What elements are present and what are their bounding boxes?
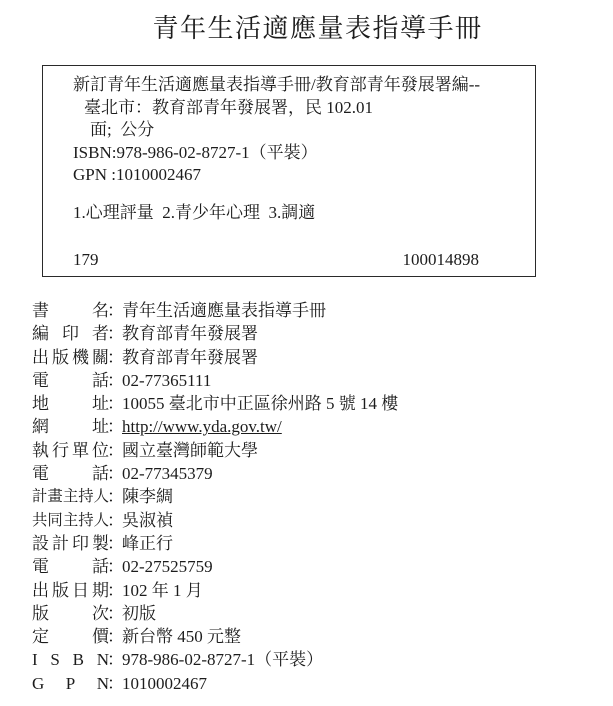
cip-title-statement: 新訂青年生活適應量表指導手冊/教育部青年發展署編-- xyxy=(73,74,535,97)
field-label: 出版日期 xyxy=(32,579,109,602)
cip-gpn: GPN :1010002467 xyxy=(73,164,535,187)
field-value: 教育部青年發展署 xyxy=(122,324,258,343)
detail-row-book-title: 書名：青年生活適應量表指導手冊 xyxy=(32,299,613,322)
detail-row-design-print: 設計印製：峰正行 xyxy=(32,532,613,555)
label-colon: ： xyxy=(109,462,122,485)
field-value: 02-27525759 xyxy=(122,557,213,576)
cip-spacer xyxy=(73,187,535,202)
field-value: 02-77345379 xyxy=(122,464,213,483)
detail-row-address: 地址：10055 臺北市中正區徐州路 5 號 14 樓 xyxy=(32,392,613,415)
field-value: 陳李綢 xyxy=(122,487,173,506)
field-value: 初版 xyxy=(122,604,156,623)
field-label: 定價 xyxy=(32,625,109,648)
field-value: 青年生活適應量表指導手冊 xyxy=(122,301,326,320)
detail-row-publisher: 出版機關：教育部青年發展署 xyxy=(32,346,613,369)
field-value: 02-77365111 xyxy=(122,371,211,390)
field-label: 書名 xyxy=(32,299,109,322)
cip-isbn: ISBN:978-986-02-8727-1（平裝） xyxy=(73,142,535,165)
cip-imprint: 臺北市：教育部青年發展署，民 102.01 xyxy=(84,97,535,120)
field-label: 設計印製 xyxy=(32,532,109,555)
field-label: 出版機關 xyxy=(32,346,109,369)
cip-class-number: 179 xyxy=(73,249,99,272)
field-label: 編印者 xyxy=(32,322,109,345)
detail-row-executing-unit: 執行單位：國立臺灣師範大學 xyxy=(32,439,613,462)
label-colon: ： xyxy=(109,602,122,625)
cip-catalog-box: 新訂青年生活適應量表指導手冊/教育部青年發展署編-- 臺北市：教育部青年發展署，… xyxy=(42,65,536,277)
detail-row-isbn: ISBN：978-986-02-8727-1（平裝） xyxy=(32,648,613,671)
detail-row-project-lead: 計畫主持人：陳李綢 xyxy=(32,485,613,508)
field-value: 教育部青年發展署 xyxy=(122,348,258,367)
label-colon: ： xyxy=(109,532,122,555)
field-label: 電話 xyxy=(32,555,109,578)
detail-row-gpn: GPN：1010002467 xyxy=(32,672,613,695)
detail-row-editor: 編印者：教育部青年發展署 xyxy=(32,322,613,345)
field-value: 峰正行 xyxy=(122,534,173,553)
detail-row-co-lead: 共同主持人：吳淑禎 xyxy=(32,509,613,532)
field-label: 電話 xyxy=(32,369,109,392)
label-colon: ： xyxy=(109,415,122,438)
detail-row-phone-2: 電話：02-77345379 xyxy=(32,462,613,485)
detail-row-price: 定價：新台幣 450 元整 xyxy=(32,625,613,648)
label-colon: ： xyxy=(109,509,122,532)
label-colon: ： xyxy=(109,672,122,695)
cip-spacer xyxy=(73,224,535,249)
publication-details: 書名：青年生活適應量表指導手冊 編印者：教育部青年發展署 出版機關：教育部青年發… xyxy=(32,299,613,695)
detail-row-website: 網址：http://www.yda.gov.tw/ xyxy=(32,415,613,438)
label-colon: ： xyxy=(109,439,122,462)
label-colon: ： xyxy=(109,648,122,671)
label-colon: ： xyxy=(109,346,122,369)
detail-row-phone-1: 電話：02-77365111 xyxy=(32,369,613,392)
label-colon: ： xyxy=(109,322,122,345)
label-colon: ： xyxy=(109,369,122,392)
field-value: 吳淑禎 xyxy=(122,511,173,530)
field-label: 版次 xyxy=(32,602,109,625)
detail-row-edition: 版次：初版 xyxy=(32,602,613,625)
field-label: 執行單位 xyxy=(32,439,109,462)
label-colon: ： xyxy=(109,579,122,602)
website-link[interactable]: http://www.yda.gov.tw/ xyxy=(122,417,282,436)
field-value: 新台幣 450 元整 xyxy=(122,627,241,646)
field-label: GPN xyxy=(32,672,109,695)
field-label: 地址 xyxy=(32,392,109,415)
cip-record-number: 100014898 xyxy=(403,249,480,272)
detail-row-publish-date: 出版日期：102 年 1 月 xyxy=(32,579,613,602)
page-title: 青年生活適應量表指導手冊 xyxy=(11,14,613,44)
field-value: 978-986-02-8727-1（平裝） xyxy=(122,650,323,669)
cip-collation: 面; 公分 xyxy=(90,119,535,142)
cip-footer: 179 100014898 xyxy=(73,249,535,272)
label-colon: ： xyxy=(109,625,122,648)
field-value: 10055 臺北市中正區徐州路 5 號 14 樓 xyxy=(122,394,398,413)
field-label: ISBN xyxy=(32,648,109,671)
field-label: 計畫主持人 xyxy=(32,485,109,508)
field-label: 電話 xyxy=(32,462,109,485)
label-colon: ： xyxy=(109,485,122,508)
field-value: 國立臺灣師範大學 xyxy=(122,441,258,460)
field-value: 102 年 1 月 xyxy=(122,581,203,600)
label-colon: ： xyxy=(109,299,122,322)
label-colon: ： xyxy=(109,555,122,578)
field-label: 網址 xyxy=(32,415,109,438)
detail-row-phone-3: 電話：02-27525759 xyxy=(32,555,613,578)
cip-subject-headings: 1.心理評量 2.青少年心理 3.調適 xyxy=(73,202,535,225)
field-value: 1010002467 xyxy=(122,674,207,693)
field-label: 共同主持人 xyxy=(32,509,109,532)
label-colon: ： xyxy=(109,392,122,415)
